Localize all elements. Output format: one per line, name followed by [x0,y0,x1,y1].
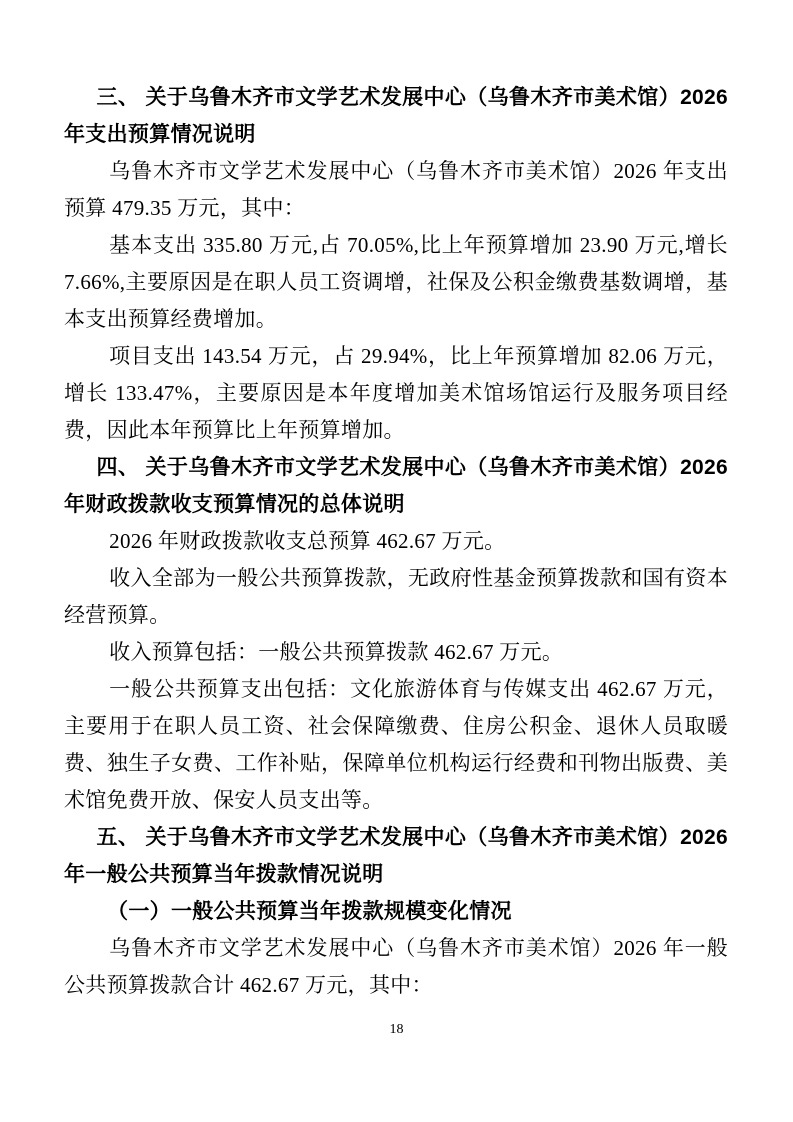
section-heading-4-fiscal-appropriation: 四、 关于乌鲁木齐市文学艺术发展中心（乌鲁木齐市美术馆）2026 年财政拨款收支… [64,449,728,523]
section-heading-5-current-year-allocation: 五、 关于乌鲁木齐市文学艺术发展中心（乌鲁木齐市美术馆）2026 年一般公共预算… [64,819,728,893]
paragraph-fiscal-total-budget: 2026 年财政拨款收支总预算 462.67 万元。 [64,523,728,560]
page-number: 18 [0,1020,793,1040]
document-page: 三、 关于乌鲁木齐市文学艺术发展中心（乌鲁木齐市美术馆）2026 年支出预算情况… [0,0,793,1122]
subheading-allocation-scale-change: （一）一般公共预算当年拨款规模变化情况 [64,893,728,930]
paragraph-income-source: 收入全部为一般公共预算拨款，无政府性基金预算拨款和国有资本经营预算。 [64,560,728,634]
paragraph-allocation-total: 乌鲁木齐市文学艺术发展中心（乌鲁木齐市美术馆）2026 年一般公共预算拨款合计 … [64,930,728,1004]
paragraph-expenditure-total: 乌鲁木齐市文学艺术发展中心（乌鲁木齐市美术馆）2026 年支出预算 479.35… [64,153,728,227]
paragraph-basic-expenditure: 基本支出 335.80 万元,占 70.05%,比上年预算增加 23.90 万元… [64,227,728,338]
section-heading-3-expenditure-budget: 三、 关于乌鲁木齐市文学艺术发展中心（乌鲁木齐市美术馆）2026 年支出预算情况… [64,79,728,153]
paragraph-income-budget-includes: 收入预算包括：一般公共预算拨款 462.67 万元。 [64,634,728,671]
paragraph-project-expenditure: 项目支出 143.54 万元，占 29.94%，比上年预算增加 82.06 万元… [64,338,728,449]
document-body: 三、 关于乌鲁木齐市文学艺术发展中心（乌鲁木齐市美术馆）2026 年支出预算情况… [64,79,728,1004]
paragraph-public-budget-expenditure: 一般公共预算支出包括：文化旅游体育与传媒支出 462.67 万元，主要用于在职人… [64,671,728,819]
